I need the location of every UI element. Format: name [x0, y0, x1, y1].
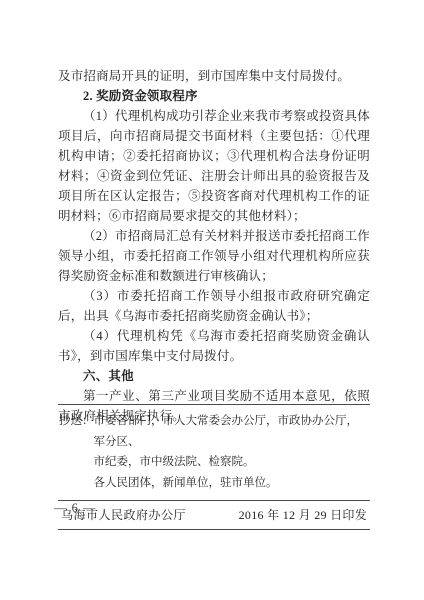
print-date: 2016 年 12 月 29 日印发	[239, 506, 367, 523]
copy-to-block: 抄送： 市委各部门，市人大常委会办公厅，市政协办公厅，军分区、 市纪委，市中级法…	[58, 404, 370, 500]
copy-to-label: 抄送：	[59, 411, 94, 493]
copy-to-line: 各人民团体，新闻单位，驻市单位。	[94, 473, 370, 494]
issuer-row: 乌海市人民政府办公厅 2016 年 12 月 29 日印发	[58, 500, 370, 530]
page-number: — 6 —	[54, 501, 97, 516]
copy-to-lines: 市委各部门，市人大常委会办公厅，市政协办公厅，军分区、 市纪委，市中级法院、检察…	[94, 411, 370, 493]
body-paragraph: （3）市委托招商工作领导小组报市政府研究确定后，出具《乌海市委托招商奖励资金确认…	[58, 286, 370, 326]
body-paragraph: （1）代理机构成功引荐企业来我市考察或投资具体项目后，向市招商局提交书面材料（主…	[58, 106, 370, 226]
section-heading-other: 六、其他	[58, 366, 370, 386]
body-paragraph: （2）市招商局汇总有关材料并报送市委托招商工作领导小组，市委托招商工作领导小组对…	[58, 226, 370, 286]
document-footer: 抄送： 市委各部门，市人大常委会办公厅，市政协办公厅，军分区、 市纪委，市中级法…	[58, 404, 370, 530]
document-body: 及市招商局开具的证明，到市国库集中支付局拨付。 2. 奖励资金领取程序 （1）代…	[58, 66, 370, 426]
section-heading-reward-procedure: 2. 奖励资金领取程序	[58, 86, 370, 106]
copy-to-line: 市委各部门，市人大常委会办公厅，市政协办公厅，军分区、	[94, 411, 370, 452]
copy-to-line: 市纪委，市中级法院、检察院。	[94, 452, 370, 473]
body-paragraph: 及市招商局开具的证明，到市国库集中支付局拨付。	[58, 66, 370, 86]
body-paragraph: （4）代理机构凭《乌海市委托招商奖励资金确认书》，到市国库集中支付局拨付。	[58, 326, 370, 366]
document-page: 及市招商局开具的证明，到市国库集中支付局拨付。 2. 奖励资金领取程序 （1）代…	[0, 0, 424, 600]
